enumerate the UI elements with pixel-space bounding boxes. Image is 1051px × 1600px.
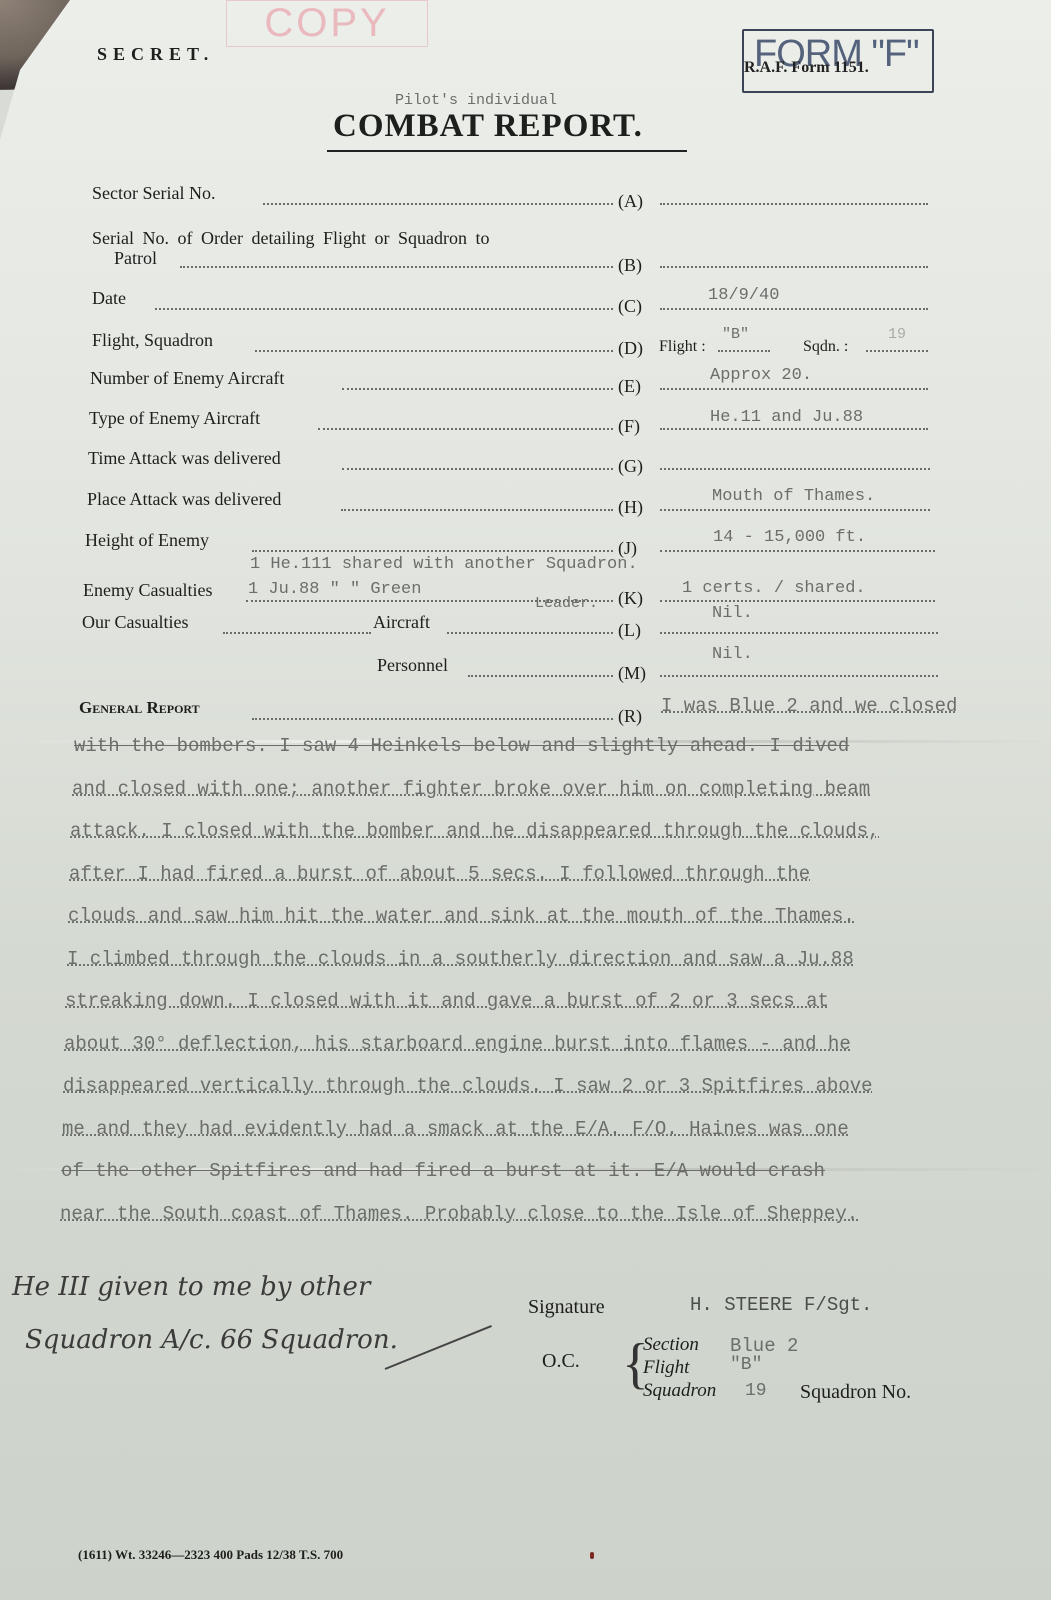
- casualty-line-1-text: 1 He.111 shared with another Squadron.: [250, 555, 638, 574]
- section-label: Section: [643, 1334, 699, 1356]
- field-code: (B): [618, 255, 642, 276]
- field-type-enemy: Type of Enemy Aircraft (F) He.11 and Ju.…: [0, 408, 1051, 438]
- field-code: (D): [618, 338, 643, 359]
- dotted-line: [660, 203, 928, 205]
- dotted-line: [223, 632, 371, 634]
- dotted-line: [660, 468, 930, 470]
- form-subtitle: Pilot's individual: [395, 92, 557, 109]
- title-underline: [327, 150, 687, 152]
- field-enemy-casualties: 1 He.111 shared with another Squadron. E…: [0, 555, 1051, 615]
- dotted-line: [660, 550, 935, 552]
- dotted-line: [660, 308, 928, 310]
- field-label: Date: [92, 288, 126, 309]
- dotted-line: [866, 350, 928, 352]
- field-label: Sector Serial No.: [92, 183, 215, 204]
- field-code: (H): [618, 497, 643, 518]
- handwritten-note-line-2: Squadron A/c. 66 Squadron.: [25, 1325, 398, 1355]
- dotted-line: [660, 600, 935, 602]
- dotted-line: [252, 718, 613, 720]
- field-sublabel: Personnel: [377, 655, 448, 676]
- report-line: streaking down. I closed with it and gav…: [65, 990, 829, 1012]
- squadron-value[interactable]: 19: [745, 1381, 767, 1401]
- dotted-line: [660, 632, 938, 634]
- report-line: with the bombers. I saw 4 Heinkels below…: [74, 735, 849, 757]
- dotted-line: [180, 266, 613, 268]
- field-code: (A): [618, 191, 643, 212]
- dotted-line: [342, 468, 613, 470]
- report-line: disappeared vertically through the cloud…: [63, 1075, 873, 1097]
- field-value[interactable]: He.11 and Ju.88: [710, 408, 863, 427]
- dotted-line: [718, 350, 770, 352]
- field-flight-squadron: Flight, Squadron (D) Flight : "B" Sqdn. …: [0, 330, 1051, 360]
- field-label: Height of Enemy: [85, 530, 209, 551]
- field-label: Our Casualties: [82, 612, 188, 633]
- section-value[interactable]: Blue 2: [730, 1335, 798, 1357]
- signature-value[interactable]: H. STEERE F/Sgt.: [690, 1294, 872, 1316]
- field-value[interactable]: Approx 20.: [710, 366, 812, 385]
- dotted-line: [318, 428, 613, 430]
- dotted-line: [660, 509, 930, 511]
- flight-value[interactable]: "B": [730, 1355, 762, 1375]
- field-order-serial: Serial No. of Order detailing Flight or …: [0, 228, 1051, 278]
- field-label: Flight, Squadron: [92, 330, 213, 351]
- flight-label: Flight: [643, 1357, 689, 1379]
- field-code: (C): [618, 296, 642, 317]
- field-code: (L): [618, 620, 641, 641]
- field-sublabel: Aircraft: [373, 612, 430, 633]
- report-line: clouds and saw him hit the water and sin…: [68, 905, 855, 927]
- field-our-casualties-personnel: Personnel (M) Nil.: [0, 655, 1051, 685]
- report-line: near the South coast of Thames. Probably…: [60, 1203, 858, 1225]
- dotted-line: [342, 388, 613, 390]
- form-paper: COPY SECRET. FORM "F" R.A.F. Form 1151. …: [0, 0, 1051, 1600]
- dotted-line: [155, 308, 613, 310]
- print-info: (1611) Wt. 33246—2323 400 Pads 12/38 T.S…: [78, 1547, 343, 1563]
- dotted-line: [255, 350, 613, 352]
- field-number-enemy: Number of Enemy Aircraft (E) Approx 20.: [0, 368, 1051, 398]
- casualty-line-2[interactable]: 1 Ju.88 " " Green: [248, 580, 421, 599]
- classification-label: SECRET.: [97, 44, 214, 65]
- dotted-line: [660, 675, 938, 677]
- report-line: I climbed through the clouds in a southe…: [67, 948, 854, 970]
- field-time-attack: Time Attack was delivered (G): [0, 448, 1051, 478]
- form-stamp: FORM "F" R.A.F. Form 1151.: [742, 29, 934, 93]
- field-label: Place Attack was delivered: [87, 489, 281, 510]
- field-value[interactable]: 18/9/40: [708, 286, 779, 305]
- field-our-casualties-aircraft: Our Casualties Aircraft (L) Nil.: [0, 612, 1051, 642]
- field-label-continued: Patrol: [114, 248, 157, 269]
- field-label: Serial No. of Order detailing Flight or …: [92, 228, 489, 249]
- field-place-attack: Place Attack was delivered (H) Mouth of …: [0, 489, 1051, 519]
- field-sector-serial: Sector Serial No. (A): [0, 183, 1051, 213]
- squadron-value[interactable]: 19: [888, 326, 906, 343]
- report-line: about 30° deflection, his starboard engi…: [64, 1033, 851, 1055]
- handwritten-note-line-1: He III given to me by other: [12, 1272, 370, 1302]
- dotted-line: [660, 388, 928, 390]
- dotted-line: [252, 550, 613, 552]
- flight-value[interactable]: "B": [722, 326, 749, 343]
- field-code: (K): [618, 588, 643, 609]
- page-title: COMBAT REPORT.: [333, 108, 643, 145]
- field-date: Date (C) 18/9/40: [0, 288, 1051, 318]
- dotted-line: [263, 203, 613, 205]
- general-report-header: General Report (R) I was Blue 2 and we c…: [0, 698, 1051, 728]
- field-label: Type of Enemy Aircraft: [89, 408, 260, 429]
- dotted-line: [468, 675, 613, 677]
- casualty-line-3[interactable]: Leader.: [535, 595, 598, 612]
- squadron-label: Sqdn. :: [803, 338, 848, 356]
- field-value[interactable]: Mouth of Thames.: [712, 487, 875, 506]
- field-code: (R): [618, 706, 642, 727]
- report-line: attack. I closed with the bomber and he …: [70, 820, 880, 842]
- handwritten-stroke: [385, 1325, 492, 1370]
- dotted-line: [660, 428, 928, 430]
- general-report-label: General Report: [79, 698, 200, 718]
- field-label: Enemy Casualties: [83, 580, 212, 601]
- copy-stamp: COPY: [226, 0, 428, 47]
- field-label: Number of Enemy Aircraft: [90, 368, 284, 389]
- dotted-line: [341, 509, 613, 511]
- squadron-number-label: Squadron No.: [800, 1381, 911, 1404]
- dotted-line: [660, 266, 928, 268]
- casualty-line-1[interactable]: 1 He.111 shared with another Squadron.: [250, 555, 638, 574]
- squadron-label: Squadron: [643, 1380, 716, 1402]
- field-label: Time Attack was delivered: [88, 448, 281, 469]
- oc-label: O.C.: [542, 1350, 580, 1373]
- field-value[interactable]: Nil.: [712, 645, 753, 664]
- field-code: (E): [618, 376, 641, 397]
- field-value[interactable]: 14 - 15,000 ft.: [713, 528, 866, 547]
- report-first-line[interactable]: I was Blue 2 and we closed: [661, 695, 957, 717]
- field-code: (M): [618, 663, 646, 684]
- dotted-line: [447, 632, 613, 634]
- field-value[interactable]: 1 certs. / shared.: [682, 579, 866, 598]
- report-line: after I had fired a burst of about 5 sec…: [69, 863, 810, 885]
- field-code: (F): [618, 416, 640, 437]
- ink-spot: [590, 1552, 594, 1559]
- flight-label: Flight :: [659, 338, 706, 356]
- form-number: R.A.F. Form 1151.: [744, 59, 869, 77]
- field-value[interactable]: Nil.: [712, 604, 753, 623]
- report-line: me and they had evidently had a smack at…: [62, 1118, 849, 1140]
- signature-label: Signature: [528, 1296, 605, 1319]
- report-line: of the other Spitfires and had fired a b…: [61, 1160, 825, 1182]
- field-code: (G): [618, 456, 643, 477]
- report-line: and closed with one; another fighter bro…: [72, 778, 870, 800]
